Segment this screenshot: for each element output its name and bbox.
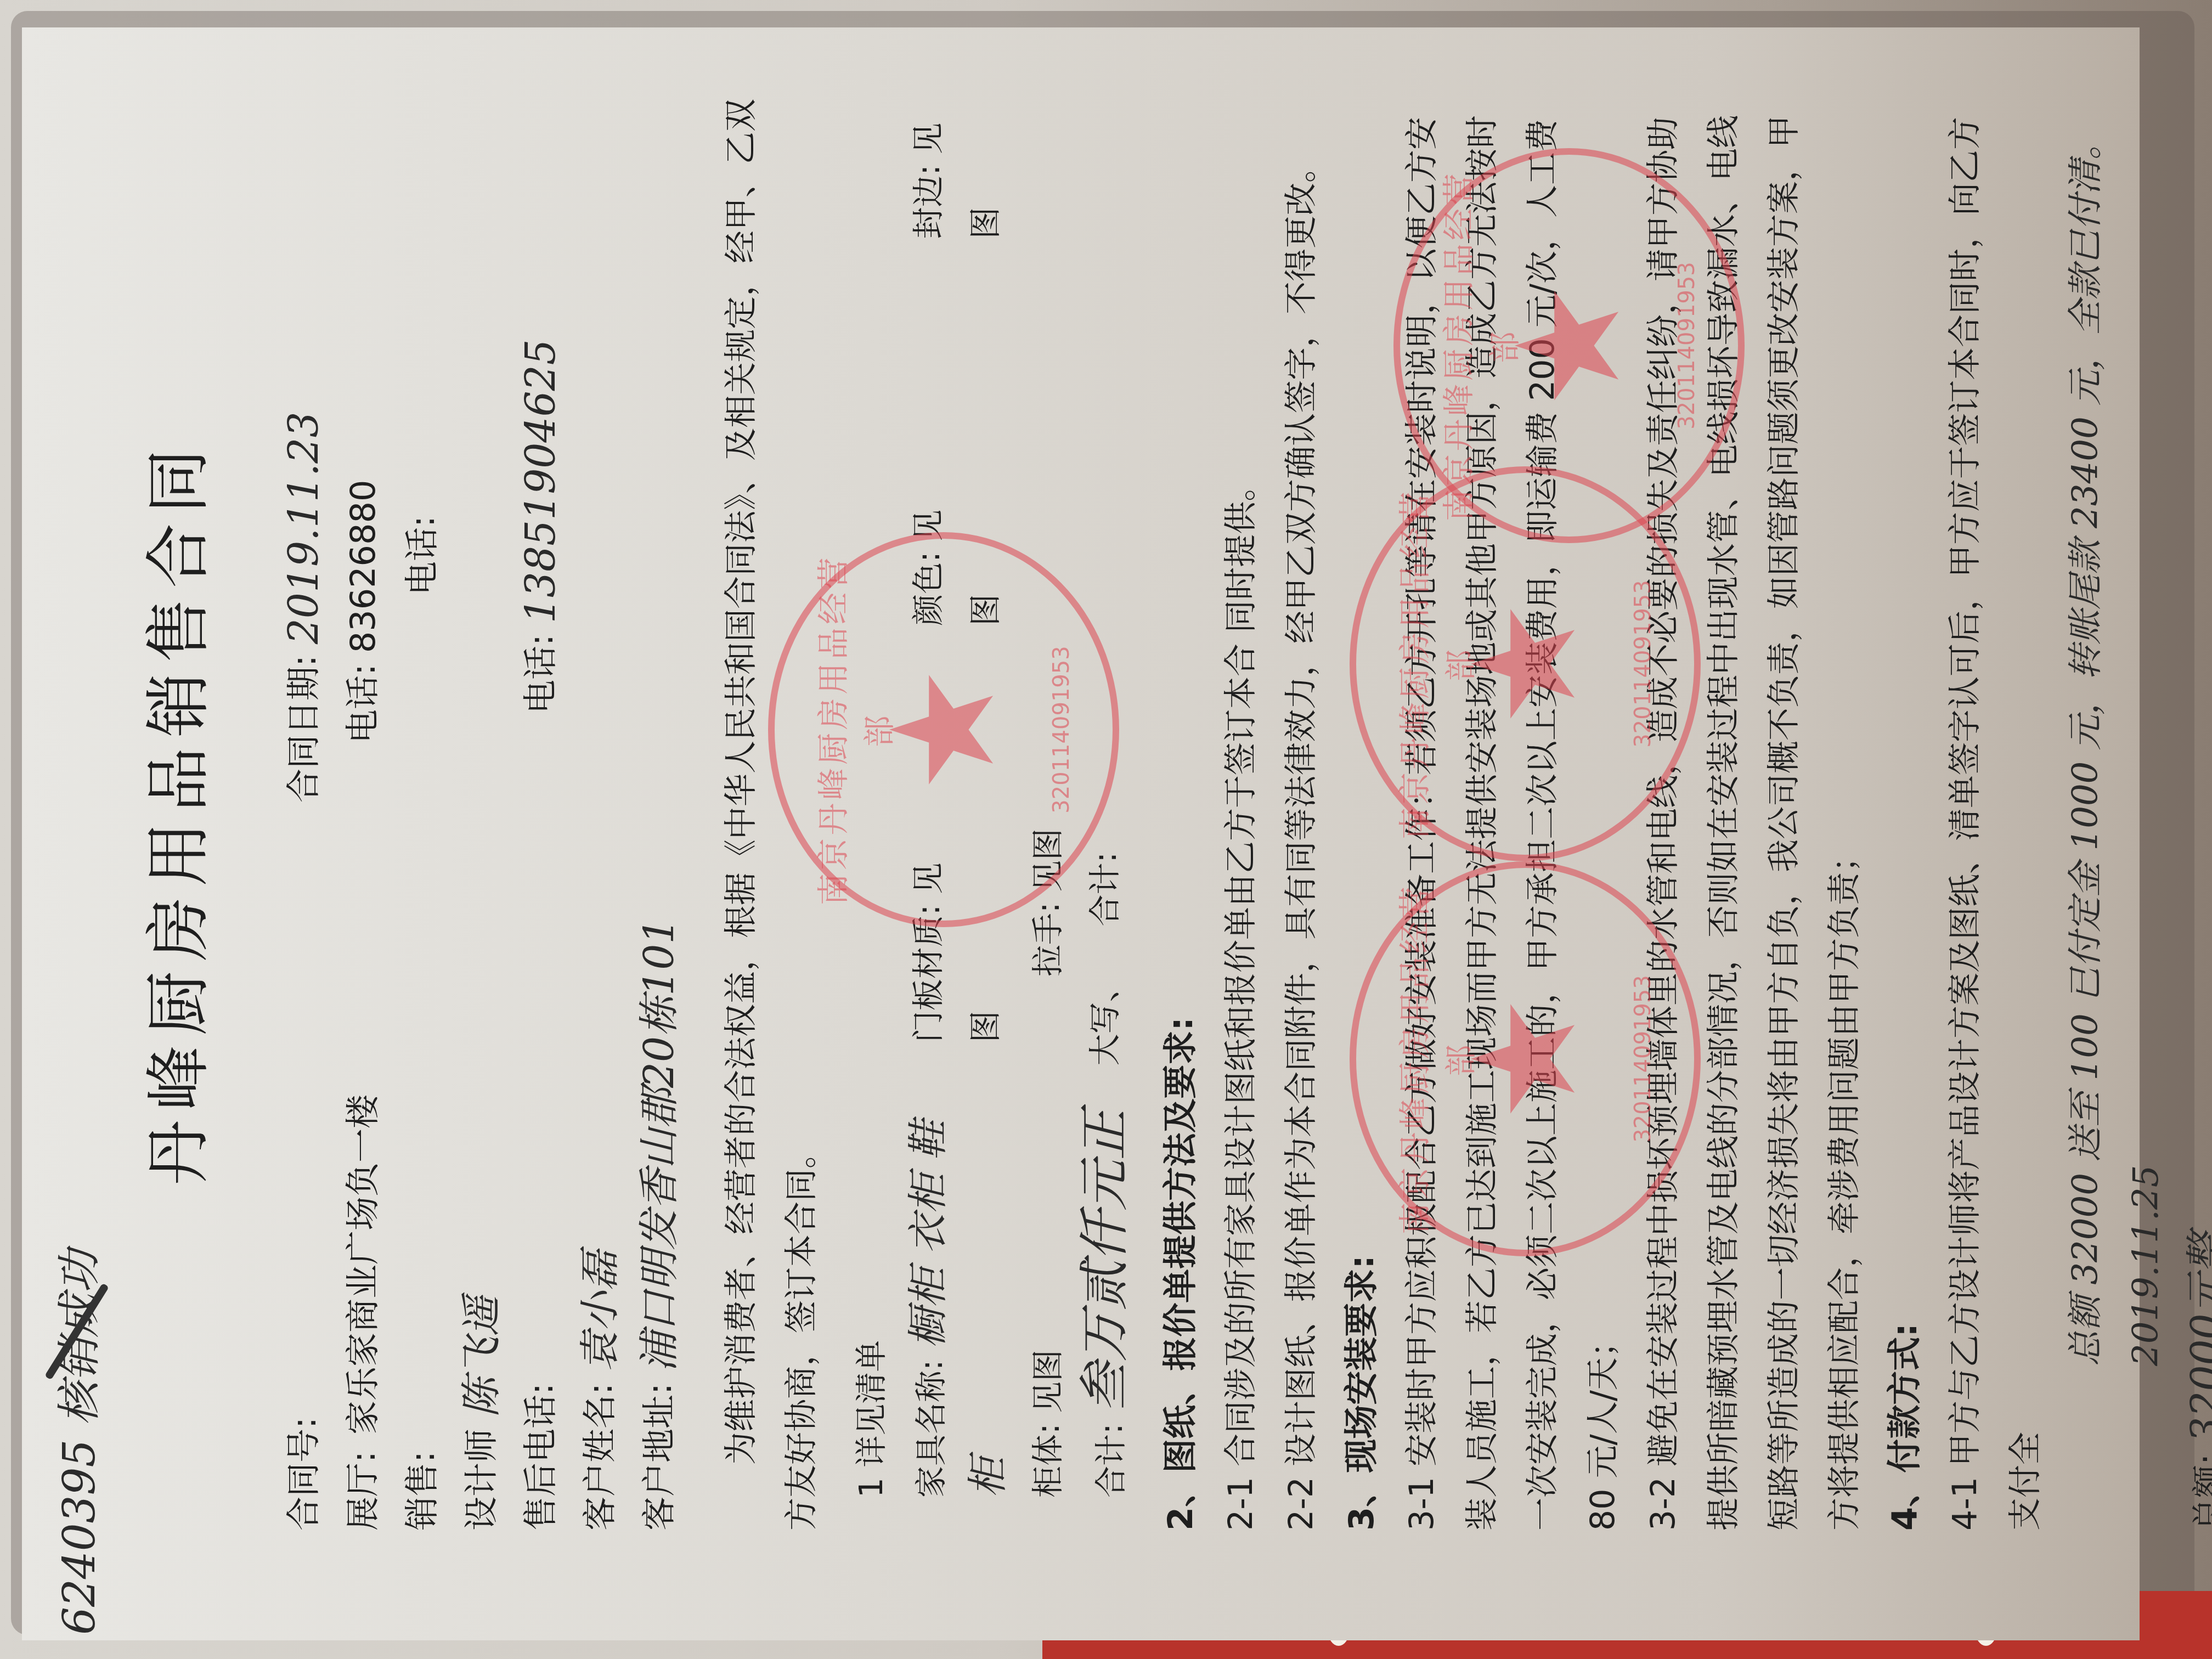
sales-row: 销售: 电话: bbox=[393, 93, 452, 1531]
showroom-phone-label: 电话: bbox=[334, 664, 393, 743]
customer-address-label: 客户地址: bbox=[630, 1383, 689, 1531]
section-2-heading: 2、图纸、报价单提供方法及要求: bbox=[1150, 93, 1211, 1531]
contract-page: 丹峰厨房用品销售合同 合同号: 合同日期: 2019.11.23 展厅: 家乐家… bbox=[22, 27, 2140, 1640]
clause-2-2: 2-2 设计图纸、报价单作为本合同附件，具有同等法律效力，经甲乙双方确认签字，不… bbox=[1271, 93, 1331, 1531]
designer-row: 设计师 陈飞遥 bbox=[452, 93, 511, 1531]
aftersales-row: 售后电话: 电话: 13851904625 bbox=[511, 93, 571, 1531]
aftersales-phone-label: 售后电话: bbox=[511, 1383, 571, 1531]
customer-address-value: 浦口明发香山郡20栋101 bbox=[630, 918, 689, 1372]
customer-name-value: 袁小磊 bbox=[571, 1250, 630, 1372]
margin-handwritten-note: 6240395 核销成功 bbox=[44, 1250, 107, 1635]
contract-no-row: 合同号: 合同日期: 2019.11.23 bbox=[274, 93, 334, 1531]
seal-text: 南京丹峰厨房用品经营部 bbox=[808, 539, 900, 921]
sales-label: 销售: bbox=[393, 1451, 452, 1531]
clause-2-1: 2-1 合同涉及的所有家具设计图纸和报价单由乙方于签订本合 同时提供。 bbox=[1211, 93, 1271, 1531]
contract-title: 丹峰厨房用品销售合同 bbox=[126, 93, 219, 1531]
seal-code: 320114091953 bbox=[1674, 155, 1700, 537]
sales-phone-label: 电话: bbox=[393, 516, 452, 595]
contract-date-value: 2019.11.23 bbox=[274, 412, 334, 645]
payment-total-label: 总额: bbox=[2190, 1454, 2212, 1531]
section-3-heading: 3、现场安装要求: bbox=[1331, 93, 1392, 1531]
contract-no-label: 合同号: bbox=[274, 1417, 334, 1531]
customer-phone-value: 13851904625 bbox=[511, 339, 571, 623]
total-label: 合计: bbox=[1092, 1423, 1130, 1498]
contract-header: 合同号: 合同日期: 2019.11.23 展厅: 家乐家商业广场负一楼 电话:… bbox=[274, 93, 689, 1531]
payment-total: 总额:32000元整 bbox=[2176, 93, 2212, 1531]
payment-handwritten-note: 总额 32000 送至 100 已付定金 1000 元，转账尾款 23400 元… bbox=[2056, 93, 2176, 1366]
cabinet-value: 见图 bbox=[1029, 1350, 1066, 1413]
cabinet-label: 柜体: bbox=[1029, 1423, 1066, 1498]
customer-address-row: 客户地址: 浦口明发香山郡20栋101 bbox=[630, 93, 689, 1531]
seal-code: 320114091953 bbox=[1630, 473, 1656, 855]
total2-label: 合计: bbox=[1076, 852, 1139, 927]
showroom-row: 展厅: 家乐家商业广场负一楼 电话: 83626880 bbox=[334, 93, 393, 1531]
furniture-name: 家具名称:橱柜 衣柜 鞋柜 bbox=[900, 1086, 1019, 1498]
company-seal: 南京丹峰厨房用品经营部 ★ 320114091953 bbox=[1350, 861, 1701, 1256]
showroom-phone-value: 83626880 bbox=[334, 480, 393, 653]
edge-banding: 封边: 见图 bbox=[900, 93, 1019, 239]
edge-label: 封边: bbox=[910, 165, 947, 239]
contract-date-label: 合同日期: bbox=[274, 655, 334, 803]
clause-4-1: 4-1 甲方与乙方设计师将产品设计方案及图纸、清单签字认可后，甲方应于签订本合同… bbox=[1935, 93, 2056, 1531]
designer-label: 设计师 bbox=[452, 1429, 511, 1531]
customer-name-row: 客户姓名: 袁小磊 bbox=[571, 93, 630, 1531]
payment-total-value: 32000元整 bbox=[2183, 1232, 2212, 1442]
customer-name-label: 客户姓名: bbox=[571, 1383, 630, 1531]
showroom-value: 家乐家商业广场负一楼 bbox=[334, 1094, 393, 1435]
seal-code: 320114091953 bbox=[1049, 539, 1074, 921]
section-4-heading: 4、付款方式: bbox=[1875, 93, 1935, 1531]
total: 合计:叁万贰仟元正 bbox=[1076, 1109, 1139, 1498]
furniture-name-label: 家具名称: bbox=[912, 1359, 950, 1498]
seal-text: 南京丹峰厨房用品经营部 bbox=[1433, 155, 1525, 537]
company-seal: 南京丹峰厨房用品经营部 ★ 320114091953 bbox=[1393, 148, 1745, 543]
cabinet: 柜体: 见图 bbox=[1019, 1350, 1076, 1498]
company-seal: 南京丹峰厨房用品经营部 ★ 320114091953 bbox=[768, 532, 1119, 927]
seal-text: 南京丹峰厨房用品经营部 bbox=[1389, 868, 1481, 1250]
uppercase-label: 大写、 bbox=[1076, 970, 1139, 1065]
showroom-label: 展厅: bbox=[334, 1451, 393, 1531]
seal-code: 320114091953 bbox=[1630, 868, 1656, 1250]
total-value: 叁万贰仟元正 bbox=[1075, 1109, 1134, 1412]
designer-value: 陈飞遥 bbox=[452, 1296, 511, 1418]
customer-phone-label: 电话: bbox=[511, 634, 571, 714]
